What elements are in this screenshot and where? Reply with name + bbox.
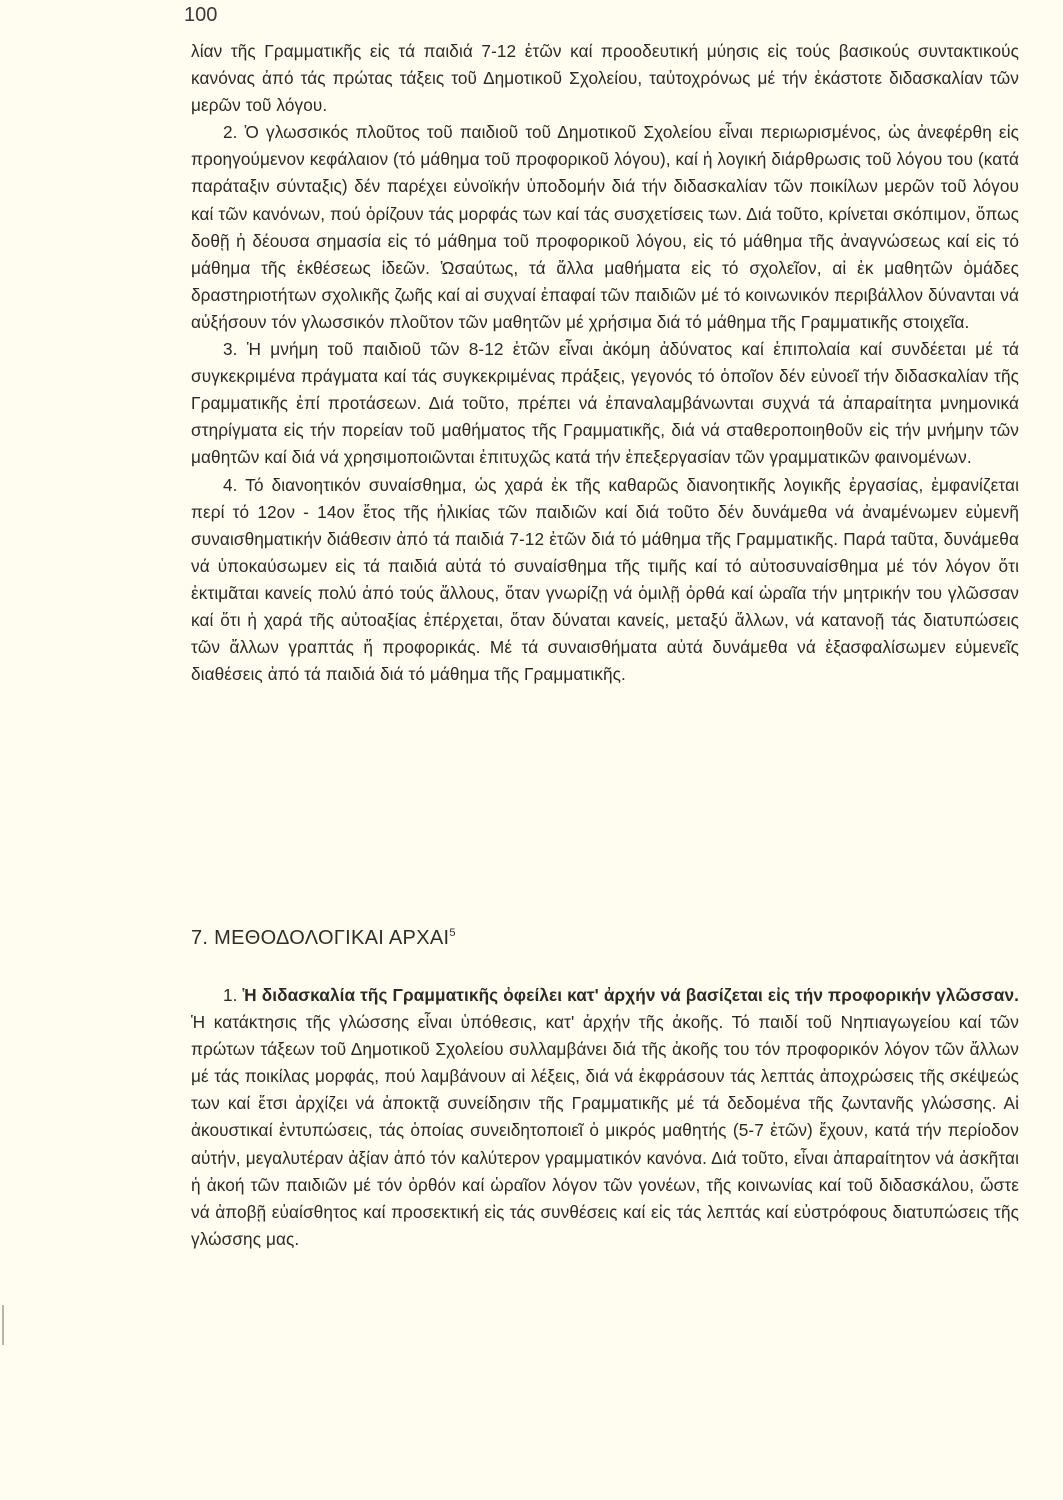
page-number: 100: [184, 4, 217, 27]
section-heading-text: 7. ΜΕΘΟΔΟΛΟΓΙΚΑΙ ΑΡΧΑΙ: [191, 927, 449, 949]
paragraph-number: 3.: [223, 339, 238, 359]
principle-statement: Ἡ διδασκαλία τῆς Γραμματικῆς ὀφείλει κατ…: [243, 985, 1019, 1005]
paragraph-number: 4.: [223, 475, 238, 495]
section-heading: 7. ΜΕΘΟΔΟΛΟΓΙΚΑΙ ΑΡΧΑΙ5: [191, 927, 456, 950]
body-text-lower: 1. Ἡ διδασκαλία τῆς Γραμματικῆς ὀφείλει …: [191, 982, 1019, 1253]
paragraph-text: Ἡ κατάκτησις τῆς γλώσσης εἶναι ὑπόθεσις,…: [191, 1012, 1019, 1249]
paragraph-number: 2.: [223, 122, 238, 142]
continuation-paragraph: λίαν τῆς Γραμματικῆς εἰς τά παιδιά 7-12 …: [191, 38, 1019, 119]
footnote-marker: 5: [449, 927, 455, 939]
numbered-paragraph-2: 2. Ὁ γλωσσικός πλοῦτος τοῦ παιδιοῦ τοῦ Δ…: [191, 119, 1019, 336]
paragraph-number: 1.: [223, 985, 238, 1005]
principle-paragraph-1: 1. Ἡ διδασκαλία τῆς Γραμματικῆς ὀφείλει …: [191, 982, 1019, 1253]
paragraph-text: Ἡ μνήμη τοῦ παιδιοῦ τῶν 8-12 ἐτῶν εἶναι …: [191, 339, 1019, 467]
paragraph-text: Ὁ γλωσσικός πλοῦτος τοῦ παιδιοῦ τοῦ Δημο…: [191, 122, 1019, 332]
scan-margin-mark: [2, 1305, 4, 1345]
numbered-paragraph-3: 3. Ἡ μνήμη τοῦ παιδιοῦ τῶν 8-12 ἐτῶν εἶν…: [191, 336, 1019, 471]
numbered-paragraph-4: 4. Τό διανοητικόν συναίσθημα, ὡς χαρά ἐκ…: [191, 472, 1019, 689]
body-text-upper: λίαν τῆς Γραμματικῆς εἰς τά παιδιά 7-12 …: [191, 38, 1019, 688]
paragraph-text: Τό διανοητικόν συναίσθημα, ὡς χαρά ἐκ τῆ…: [191, 475, 1019, 685]
